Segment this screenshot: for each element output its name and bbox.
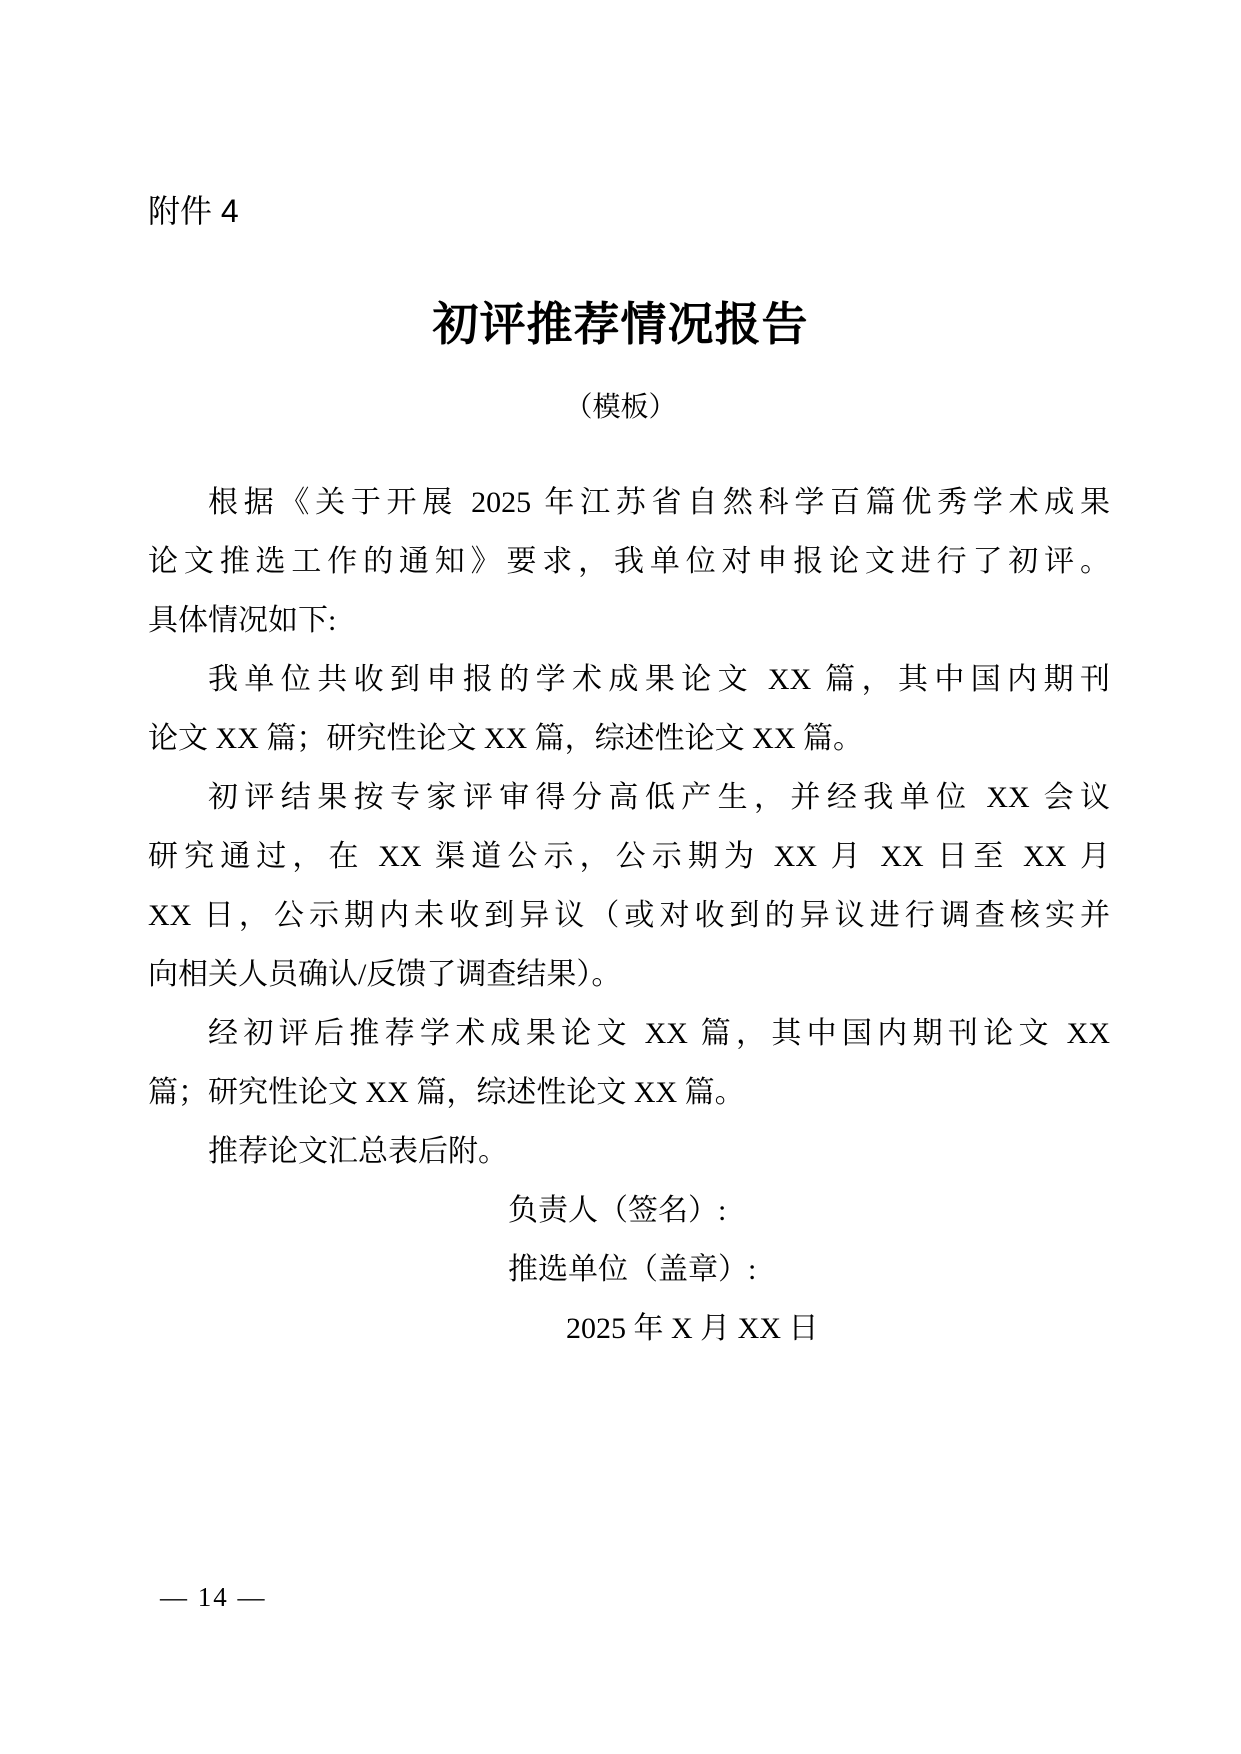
body-line: 论文推选工作的通知》要求，我单位对申报论文进行了初评。: [148, 532, 1110, 591]
document-title: 初评推荐情况报告: [0, 296, 1241, 354]
body-line: 推荐论文汇总表后附。: [148, 1122, 1110, 1181]
body-line: 初评结果按专家评审得分高低产生，并经我单位 XX 会议: [148, 768, 1110, 827]
document-subtitle: （模板）: [0, 390, 1241, 426]
body-line: XX 日，公示期内未收到异议（或对收到的异议进行调查核实并: [148, 886, 1110, 945]
body-line: 论文 XX 篇；研究性论文 XX 篇，综述性论文 XX 篇。: [148, 709, 1110, 768]
body-line: 研究通过，在 XX 渠道公示，公示期为 XX 月 XX 日至 XX 月: [148, 827, 1110, 886]
body-line: 篇；研究性论文 XX 篇，综述性论文 XX 篇。: [148, 1063, 1110, 1122]
body-line: 根据《关于开展 2025 年江苏省自然科学百篇优秀学术成果: [148, 473, 1110, 532]
document-body: 根据《关于开展 2025 年江苏省自然科学百篇优秀学术成果 论文推选工作的通知》…: [148, 473, 1110, 1358]
document-page: 附件 4 初评推荐情况报告 （模板） 根据《关于开展 2025 年江苏省自然科学…: [0, 0, 1241, 1754]
body-line: 经初评后推荐学术成果论文 XX 篇，其中国内期刊论文 XX: [148, 1004, 1110, 1063]
page-number: — 14 —: [160, 1580, 267, 1614]
signature-recommending-unit: 推选单位（盖章）:: [508, 1240, 1110, 1299]
body-line: 具体情况如下:: [148, 591, 1110, 650]
signature-responsible-person: 负责人（签名）:: [508, 1181, 1110, 1240]
body-line: 我单位共收到申报的学术成果论文 XX 篇，其中国内期刊: [148, 650, 1110, 709]
signature-date: 2025 年 X 月 XX 日: [566, 1299, 1110, 1358]
attachment-label: 附件 4: [148, 191, 239, 231]
body-line: 向相关人员确认/反馈了调查结果）。: [148, 945, 1110, 1004]
